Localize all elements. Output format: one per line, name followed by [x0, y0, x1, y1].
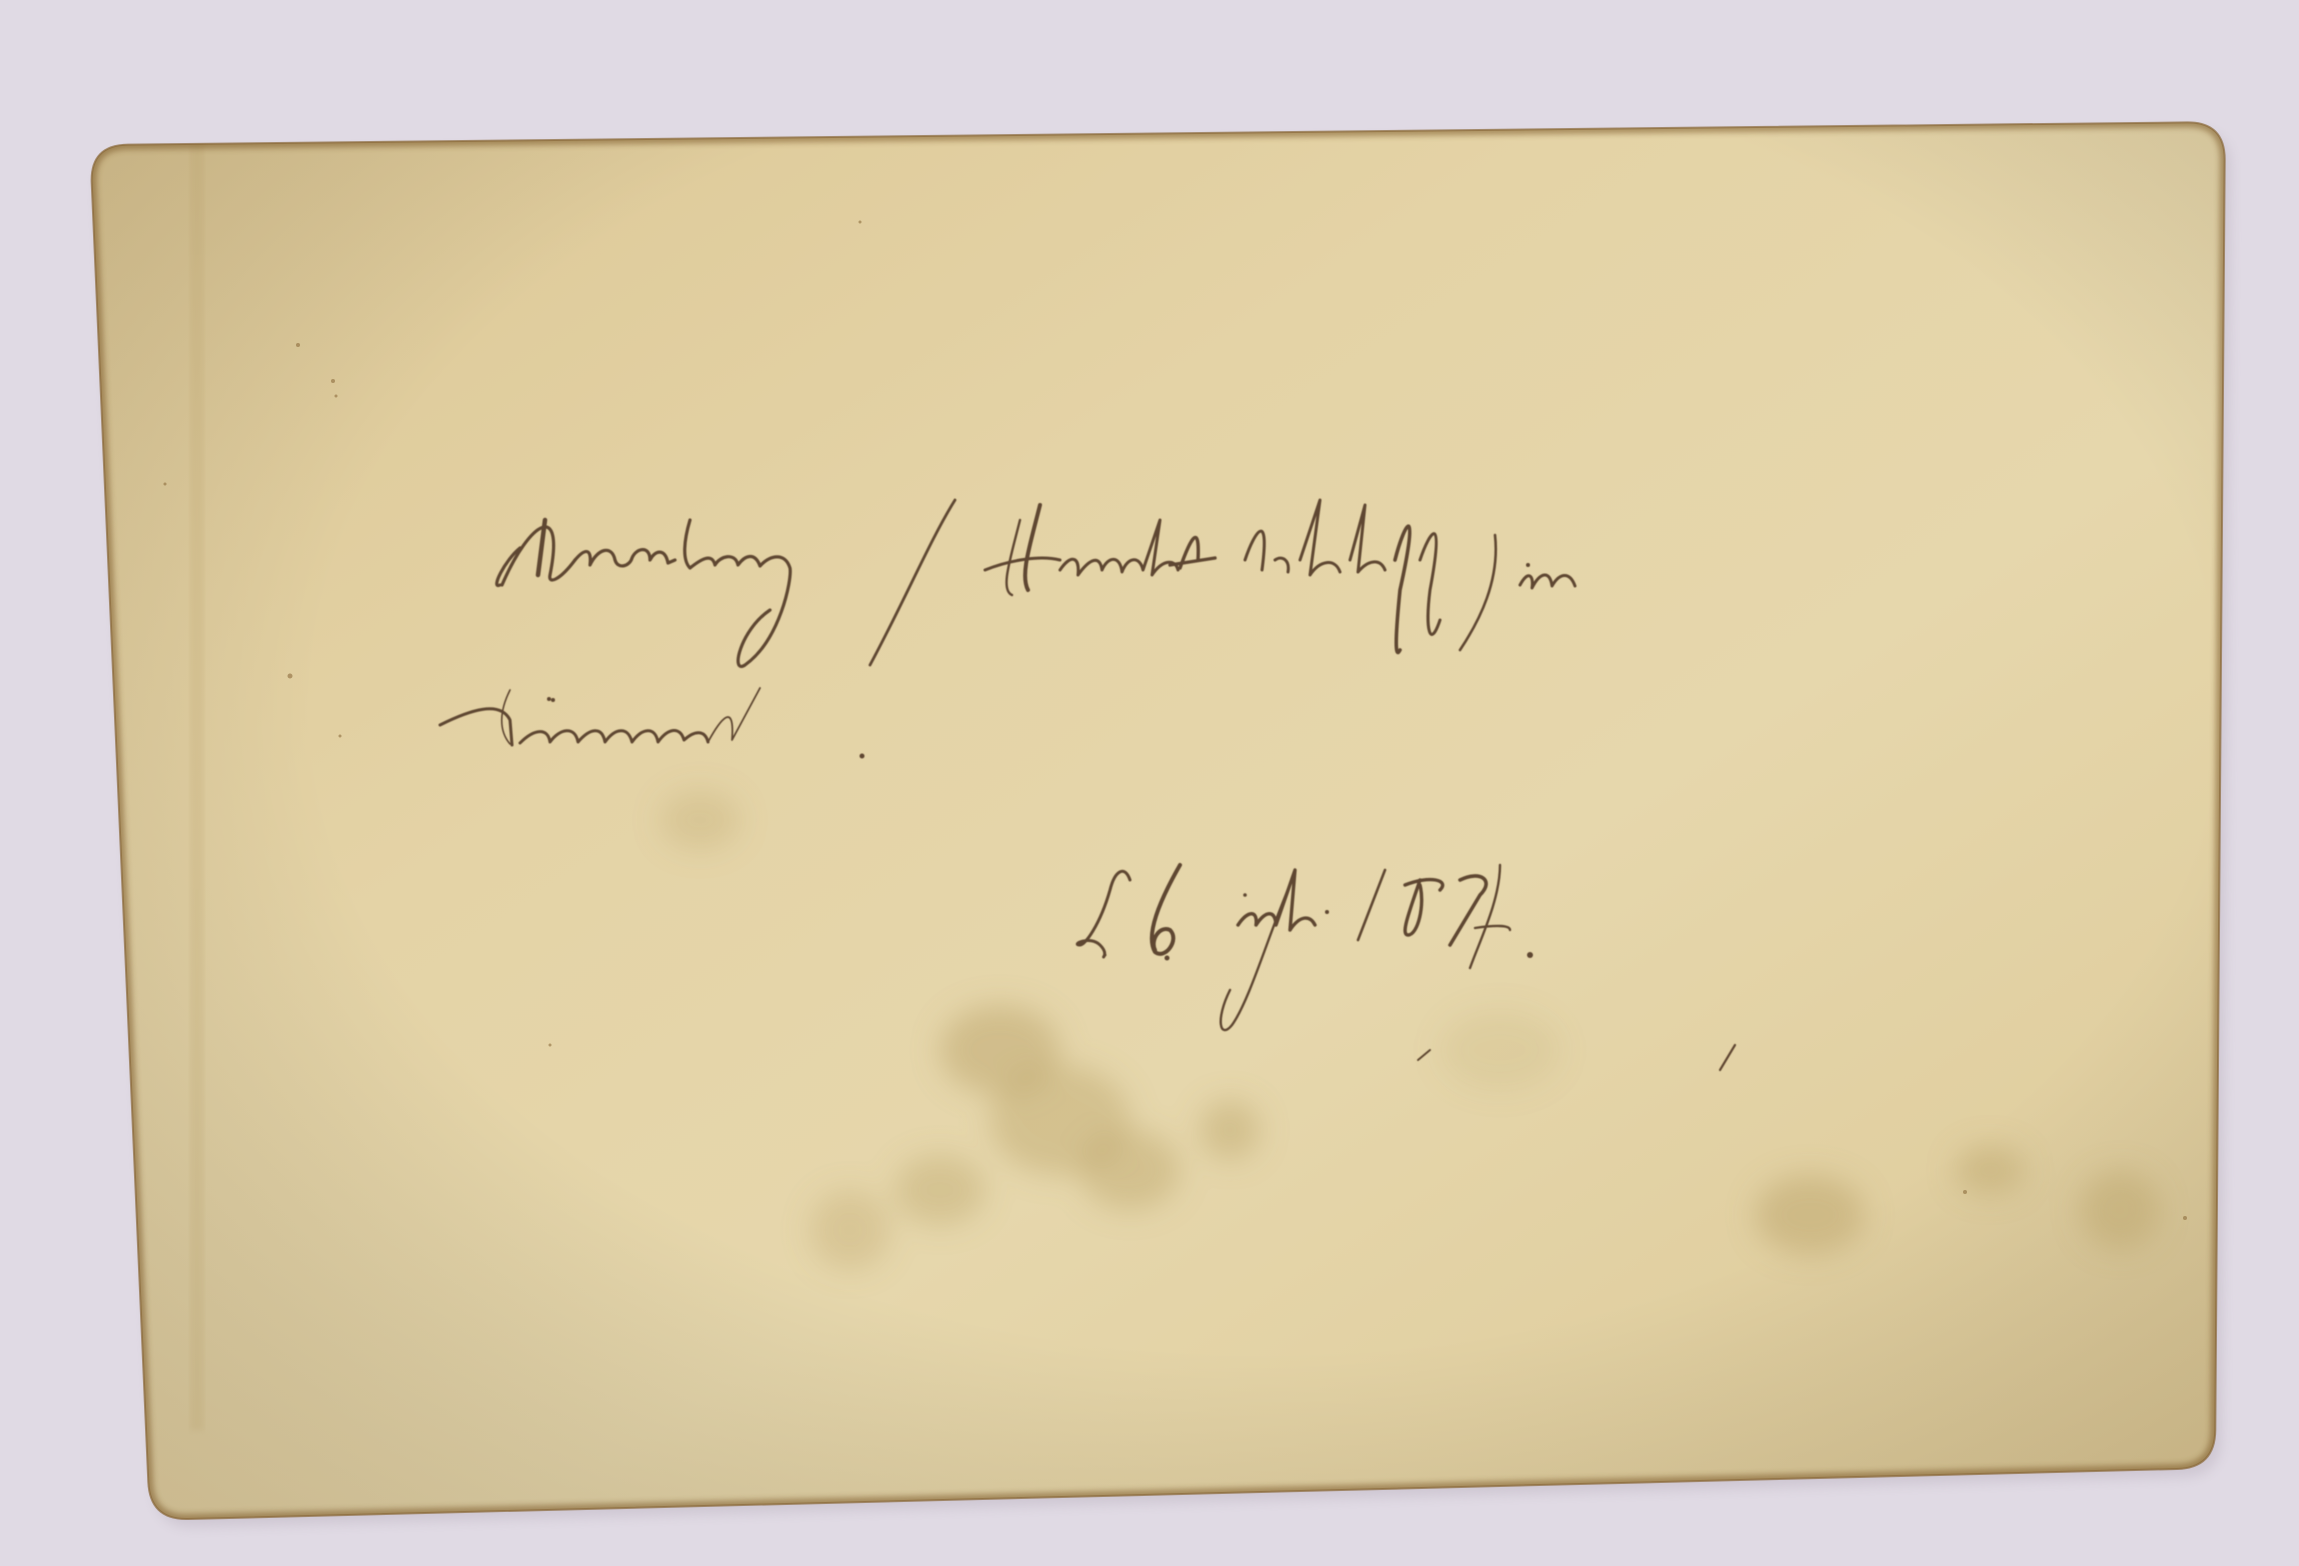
card-aging: [0, 0, 2299, 1566]
photo-scene: Kronborg (Hamlet Schloss) in Dänemark. 2…: [0, 0, 2299, 1566]
cabinet-card: [0, 0, 2299, 1566]
